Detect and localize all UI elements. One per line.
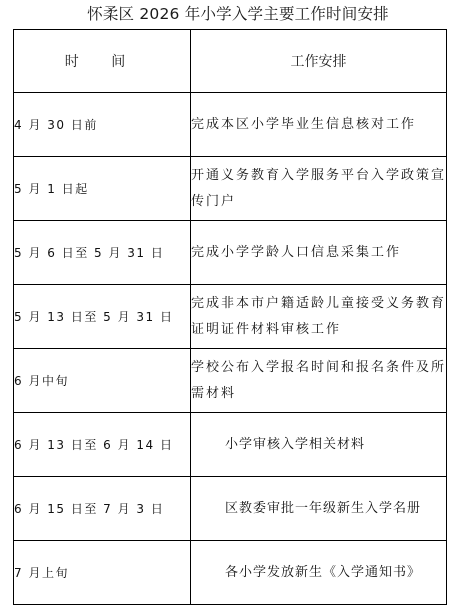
schedule-table: 时 间 工作安排 4 月 30 日前 完成本区小学毕业生信息核对工作 5 月 1… xyxy=(13,29,447,605)
table-row: 6 月 15 日至 7 月 3 日 区教委审批一年级新生入学名册 xyxy=(14,477,447,541)
table-row: 7 月上旬 各小学发放新生《入学通知书》 xyxy=(14,541,447,605)
table-row: 5 月 13 日至 5 月 31 日 完成非本市户籍适龄儿童接受义务教育证明证件… xyxy=(14,285,447,349)
table-row: 6 月中旬 学校公布入学报名时间和报名条件及所需材料 xyxy=(14,349,447,413)
time-cell: 5 月 1 日起 xyxy=(14,157,191,221)
work-cell: 完成非本市户籍适龄儿童接受义务教育证明证件材料审核工作 xyxy=(191,285,447,349)
work-cell: 区教委审批一年级新生入学名册 xyxy=(191,477,447,541)
work-cell: 完成本区小学毕业生信息核对工作 xyxy=(191,93,447,157)
work-cell: 完成小学学龄人口信息采集工作 xyxy=(191,221,447,285)
table-row: 5 月 1 日起 开通义务教育入学服务平台入学政策宣传门户 xyxy=(14,157,447,221)
table-header-row: 时 间 工作安排 xyxy=(14,30,447,93)
page-title: 怀柔区 2026 年小学入学主要工作时间安排 xyxy=(0,4,462,24)
time-cell: 6 月中旬 xyxy=(14,349,191,413)
time-cell: 4 月 30 日前 xyxy=(14,93,191,157)
work-cell: 学校公布入学报名时间和报名条件及所需材料 xyxy=(191,349,447,413)
header-work: 工作安排 xyxy=(191,30,447,93)
work-cell: 开通义务教育入学服务平台入学政策宣传门户 xyxy=(191,157,447,221)
time-cell: 6 月 13 日至 6 月 14 日 xyxy=(14,413,191,477)
table-row: 4 月 30 日前 完成本区小学毕业生信息核对工作 xyxy=(14,93,447,157)
table-row: 5 月 6 日至 5 月 31 日 完成小学学龄人口信息采集工作 xyxy=(14,221,447,285)
time-cell: 5 月 13 日至 5 月 31 日 xyxy=(14,285,191,349)
table-row: 6 月 13 日至 6 月 14 日 小学审核入学相关材料 xyxy=(14,413,447,477)
work-cell: 小学审核入学相关材料 xyxy=(191,413,447,477)
work-cell: 各小学发放新生《入学通知书》 xyxy=(191,541,447,605)
time-cell: 6 月 15 日至 7 月 3 日 xyxy=(14,477,191,541)
header-time: 时 间 xyxy=(14,30,191,93)
time-cell: 7 月上旬 xyxy=(14,541,191,605)
time-cell: 5 月 6 日至 5 月 31 日 xyxy=(14,221,191,285)
